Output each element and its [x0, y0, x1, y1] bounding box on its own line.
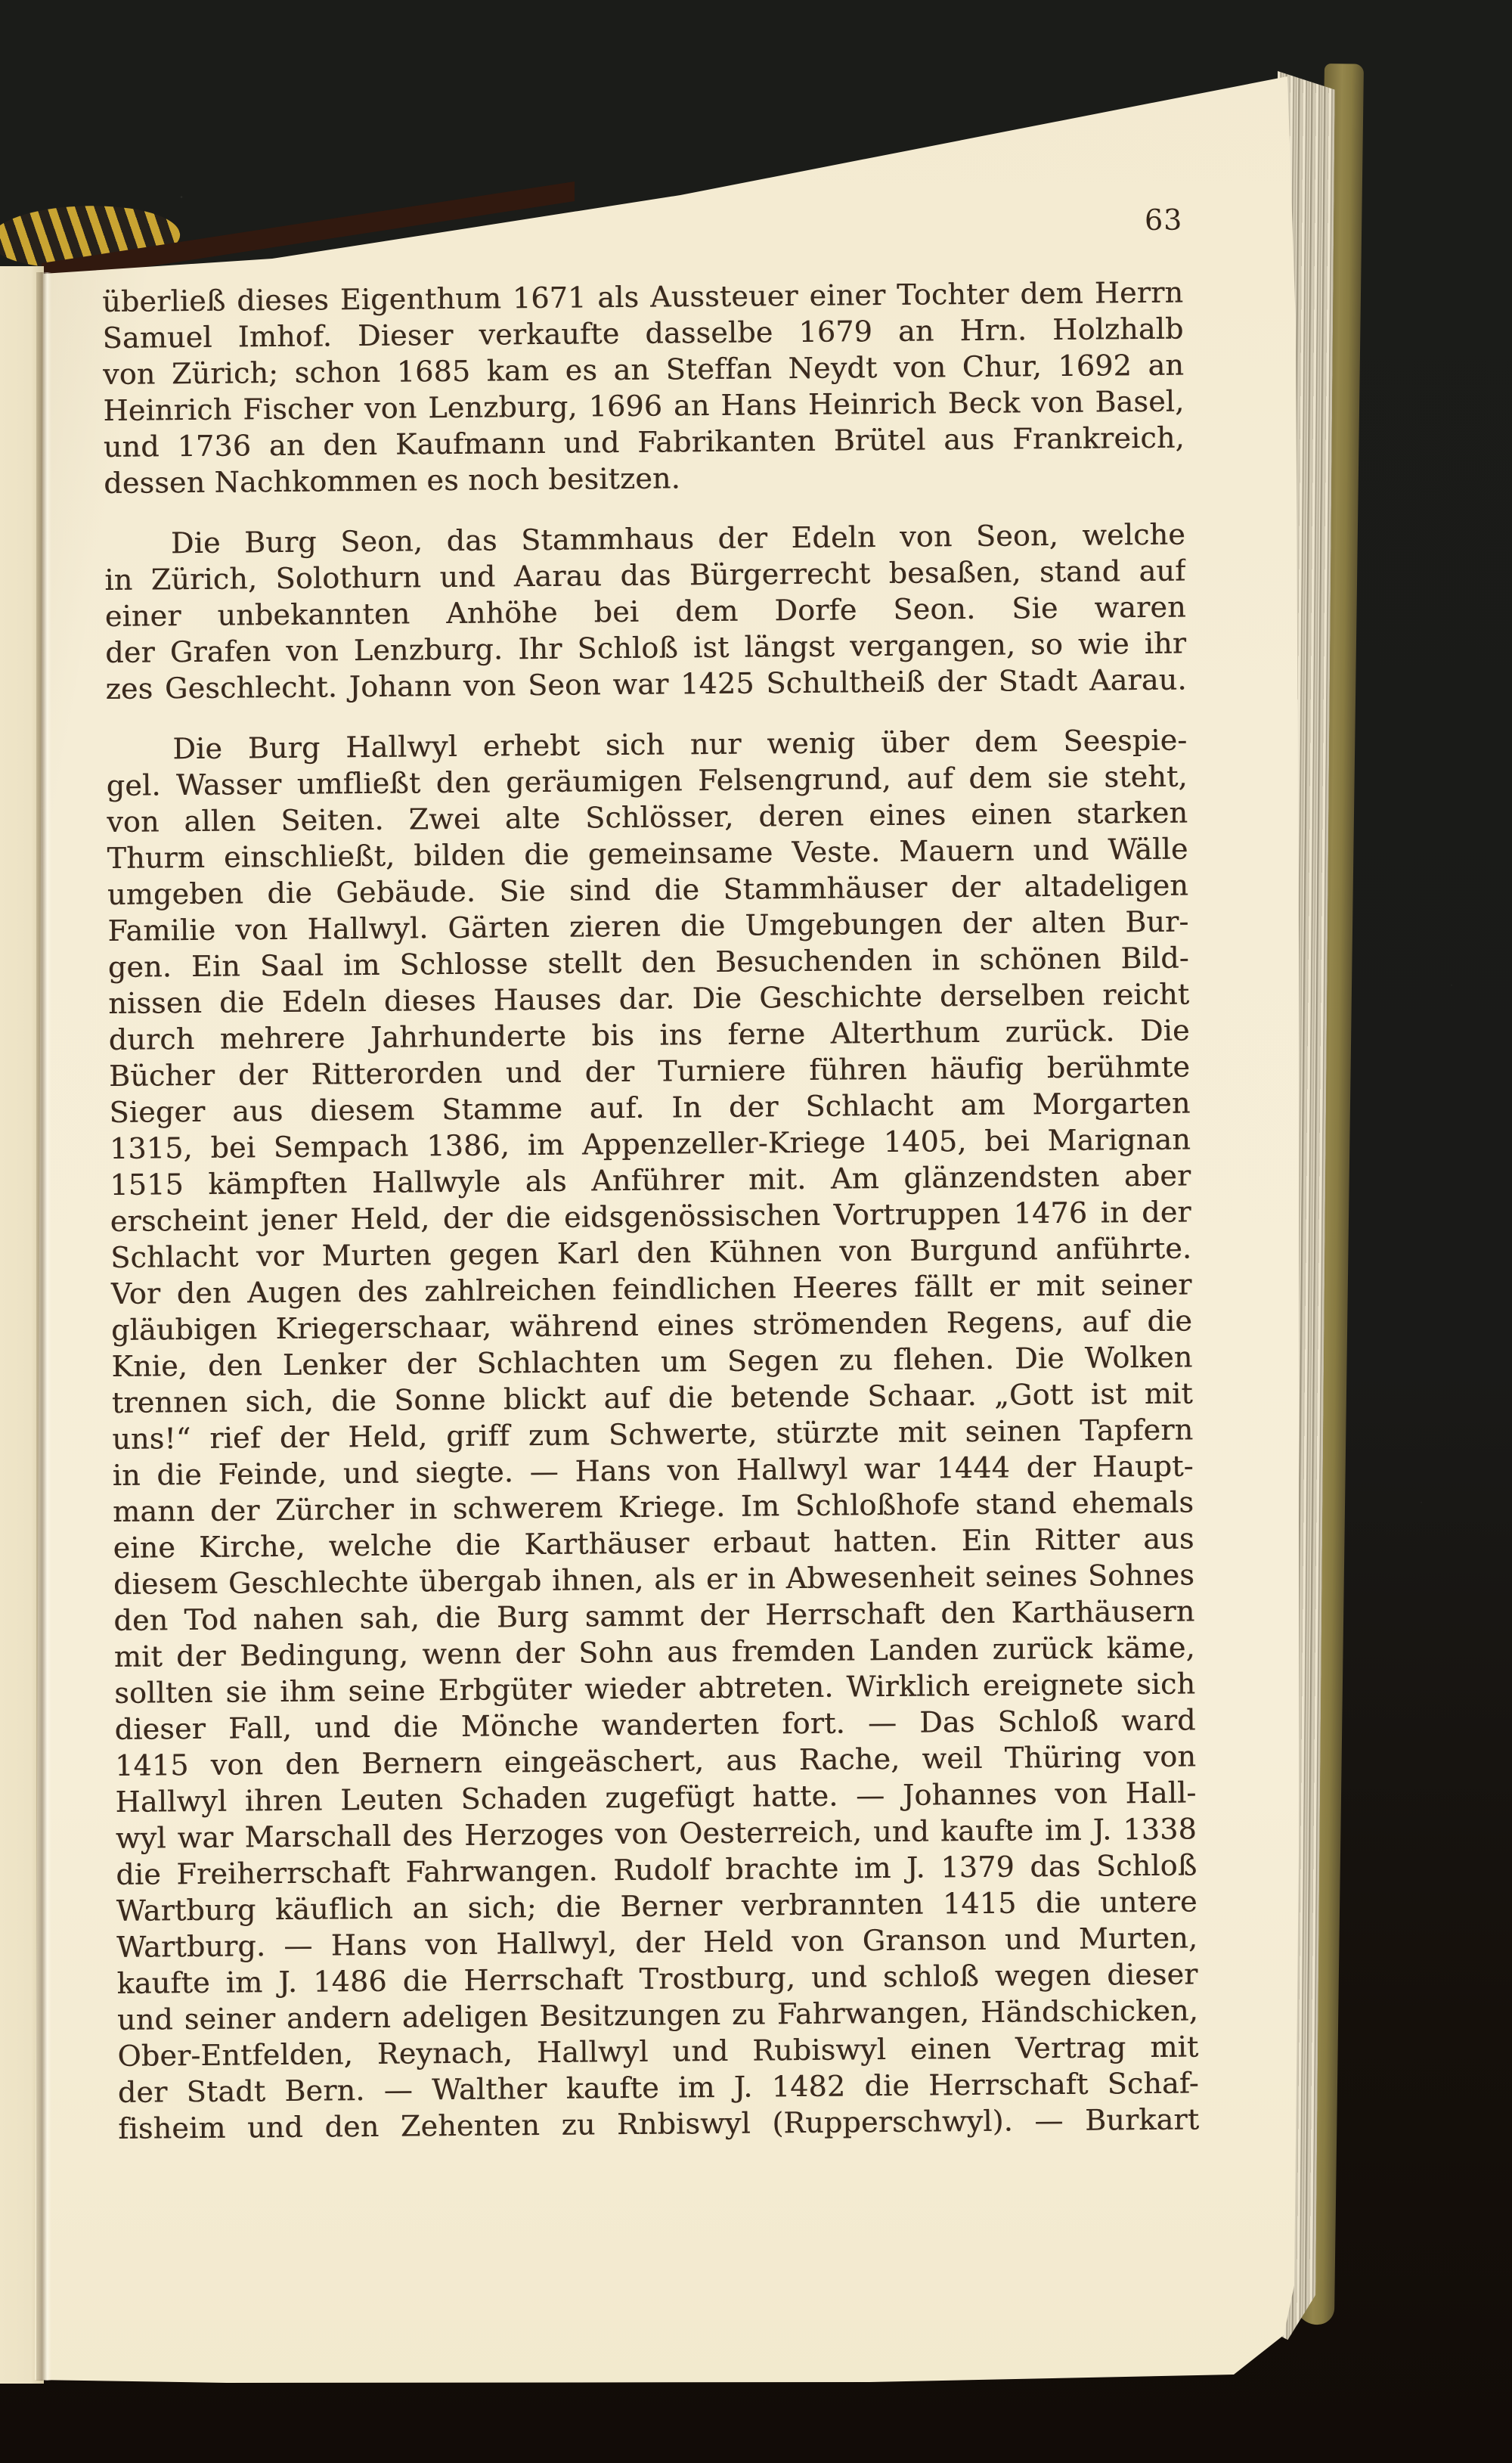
gutter-crease [36, 272, 51, 2381]
text-block: 63 überließ dieses Eigenthum 1671 als Au… [102, 275, 1199, 2147]
book-scan: 63 überließ dieses Eigenthum 1671 als Au… [0, 0, 1512, 2463]
paragraph: Die Burg Seon, das Stammhaus der Edeln v… [104, 516, 1187, 707]
paragraph: Die Burg Hallwyl erhebt sich nur wenig ü… [106, 721, 1199, 2146]
paragraph: überließ dieses Eigenthum 1671 als Ausst… [102, 275, 1185, 501]
page-number: 63 [1031, 205, 1182, 237]
paragraphs-container: überließ dieses Eigenthum 1671 als Ausst… [102, 275, 1199, 2147]
